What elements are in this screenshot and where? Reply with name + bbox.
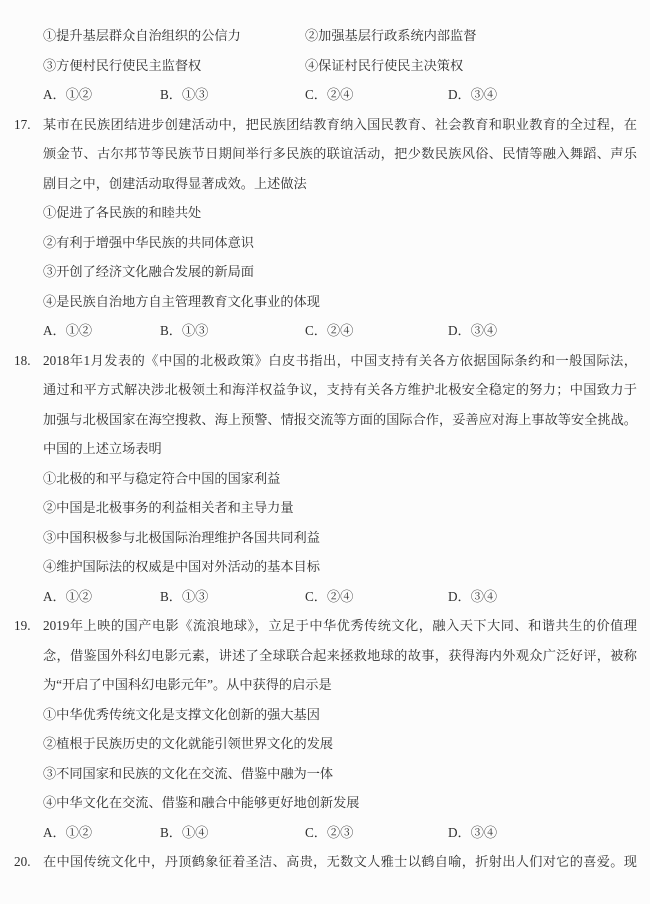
choice-b: B．①③ xyxy=(160,582,208,612)
question-stem: 某市在民族团结进步创建活动中，把民族团结教育纳入国民教育、社会教育和职业教育的全… xyxy=(43,110,637,199)
choice-b: B．①③ xyxy=(160,316,208,346)
sub-option-1: ①北极的和平与稳定符合中国的国家利益 xyxy=(43,464,637,494)
choice-d: D．③④ xyxy=(448,316,497,346)
sub-option-row: ①提升基层群众自治组织的公信力 ②加强基层行政系统内部监督 xyxy=(43,21,637,51)
choice-a: A．①② xyxy=(43,582,92,612)
sub-option-3: ③开创了经济文化融合发展的新局面 xyxy=(43,257,637,287)
answer-choices-row: A．①② B．①③ C．②④ D．③④ xyxy=(43,80,637,110)
answer-choices-row: A．①② B．①③ C．②④ D．③④ xyxy=(43,316,637,346)
choice-c: C．②③ xyxy=(305,818,353,848)
choice-d: D．③④ xyxy=(448,80,497,110)
choice-c: C．②④ xyxy=(305,316,353,346)
question-number: 20. xyxy=(14,847,30,877)
sub-option-1: ①促进了各民族的和睦共处 xyxy=(43,198,637,228)
question-number: 18. xyxy=(14,346,30,376)
question-number: 19. xyxy=(14,611,30,641)
choice-d: D．③④ xyxy=(448,582,497,612)
stem-line: 为“开启了中国科幻电影元年”。从中获得的启示是 xyxy=(43,670,637,700)
sub-option-4: ④是民族自治地方自主管理教育文化事业的体现 xyxy=(43,287,637,317)
answer-choices-row: A．①② B．①③ C．②④ D．③④ xyxy=(43,582,637,612)
sub-option-2: ②有利于增强中华民族的共同体意识 xyxy=(43,228,637,258)
sub-option-3: ③方便村民行使民主监督权 xyxy=(43,51,305,81)
choice-d: D．③④ xyxy=(448,818,497,848)
stem-line: 念，借鉴国外科幻电影元素，讲述了全球联合起来拯救地球的故事，获得海内外观众广泛好… xyxy=(43,641,637,671)
stem-line: 通过和平方式解决涉北极领土和海洋权益争议，支持有关各方维护北极安全稳定的努力；中… xyxy=(43,375,637,405)
stem-line: 加强与北极国家在海空搜救、海上预警、情报交流等方面的国际合作，妥善应对海上事故等… xyxy=(43,405,637,435)
choice-a: A．①② xyxy=(43,818,92,848)
question-19: 19. 2019年上映的国产电影《流浪地球》，立足于中华优秀传统文化，融入天下大… xyxy=(0,611,650,847)
sub-option-4: ④中华文化在交流、借鉴和融合中能够更好地创新发展 xyxy=(43,788,637,818)
choice-b: B．①④ xyxy=(160,818,208,848)
sub-option-row: ③方便村民行使民主监督权 ④保证村民行使民主决策权 xyxy=(43,51,637,81)
question-20-head: 20. 在中国传统文化中，丹顶鹤象征着圣洁、高贵，无数文人雅士以鹤自喻，折射出人… xyxy=(0,847,650,877)
question-17: 17. 某市在民族团结进步创建活动中，把民族团结教育纳入国民教育、社会教育和职业… xyxy=(0,110,650,346)
choice-b: B．①③ xyxy=(160,80,208,110)
sub-option-4: ④维护国际法的权威是中国对外活动的基本目标 xyxy=(43,552,637,582)
question-18: 18. 2018年1月发表的《中国的北极政策》白皮书指出，中国支持有关各方依据国… xyxy=(0,346,650,612)
sub-option-3: ③不同国家和民族的文化在交流、借鉴中融为一体 xyxy=(43,759,637,789)
exam-paper-page: { "page": { "background": "#fcfcfc", "te… xyxy=(0,0,650,904)
stem-line: 2019年上映的国产电影《流浪地球》，立足于中华优秀传统文化，融入天下大同、和谐… xyxy=(43,611,637,641)
stem-line: 中国的上述立场表明 xyxy=(43,434,637,464)
stem-line: 2018年1月发表的《中国的北极政策》白皮书指出，中国支持有关各方依据国际条约和… xyxy=(43,346,637,376)
choice-c: C．②④ xyxy=(305,582,353,612)
choice-a: A．①② xyxy=(43,80,92,110)
sub-option-2: ②加强基层行政系统内部监督 xyxy=(305,21,637,51)
question-16-tail: ①提升基层群众自治组织的公信力 ②加强基层行政系统内部监督 ③方便村民行使民主监… xyxy=(0,21,650,110)
sub-option-2: ②中国是北极事务的利益相关者和主导力量 xyxy=(43,493,637,523)
choice-a: A．①② xyxy=(43,316,92,346)
question-number: 17. xyxy=(14,110,30,140)
sub-option-1: ①提升基层群众自治组织的公信力 xyxy=(43,21,305,51)
choice-c: C．②④ xyxy=(305,80,353,110)
stem-line: 在中国传统文化中，丹顶鹤象征着圣洁、高贵，无数文人雅士以鹤自喻，折射出人们对它的… xyxy=(43,847,637,877)
question-stem: 2019年上映的国产电影《流浪地球》，立足于中华优秀传统文化，融入天下大同、和谐… xyxy=(43,611,637,700)
stem-line: 某市在民族团结进步创建活动中，把民族团结教育纳入国民教育、社会教育和职业教育的全… xyxy=(43,110,637,140)
sub-option-1: ①中华优秀传统文化是支撑文化创新的强大基因 xyxy=(43,700,637,730)
stem-line: 剧目之中，创建活动取得显著成效。上述做法 xyxy=(43,169,637,199)
sub-option-3: ③中国积极参与北极国际治理维护各国共同利益 xyxy=(43,523,637,553)
sub-option-4: ④保证村民行使民主决策权 xyxy=(305,51,637,81)
question-stem: 2018年1月发表的《中国的北极政策》白皮书指出，中国支持有关各方依据国际条约和… xyxy=(43,346,637,464)
sub-option-2: ②植根于民族历史的文化就能引领世界文化的发展 xyxy=(43,729,637,759)
answer-choices-row: A．①② B．①④ C．②③ D．③④ xyxy=(43,818,637,848)
stem-line: 颁金节、古尔邦节等民族节日期间举行多民族的联谊活动，把少数民族风俗、民情等融入舞… xyxy=(43,139,637,169)
question-stem: 在中国传统文化中，丹顶鹤象征着圣洁、高贵，无数文人雅士以鹤自喻，折射出人们对它的… xyxy=(43,847,637,877)
